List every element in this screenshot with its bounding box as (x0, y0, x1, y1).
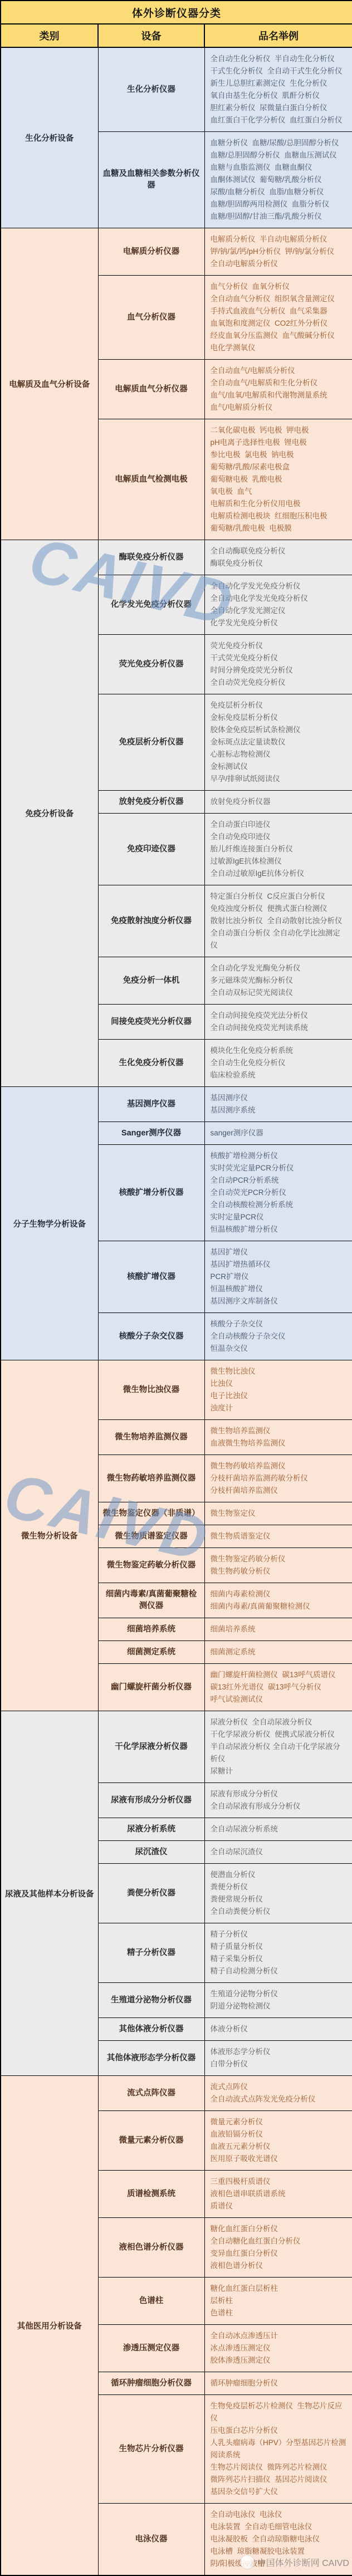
column-header-device: 设备 (98, 24, 204, 47)
device-cell: 化学发光免疫分析仪器 (98, 575, 204, 635)
product-line: 恒温杂交仪 (211, 1343, 347, 1355)
product-line: 全自动双标记荧光阅读仪 (211, 987, 347, 999)
product-examples-cell: 微生物质谱鉴定仪 (204, 1525, 352, 1548)
product-line: 糖化血红蛋白层析柱 (211, 2283, 347, 2295)
product-line: 电解质检测电极块 红细胞压积电极 (211, 510, 347, 522)
product-line: 液相色谱分析仪 (211, 2260, 347, 2272)
device-cell: 免疫层析分析仪器 (98, 694, 204, 791)
product-line: 浊度计 (211, 1402, 347, 1414)
product-line: 细菌内毒素检测仪 (211, 1588, 347, 1600)
device-cell: 流式点阵仪器 (98, 2076, 204, 2111)
product-line: 全自动粪便分析仪 (211, 1906, 347, 1918)
table-row: 分子生物学分析设备基因测序仪器基因测序仪基因测序系统 (1, 1087, 352, 1122)
device-cell: 电解质血气分析仪器 (98, 360, 204, 419)
product-line: 氧自由基生化分析仪 肌酐分析仪 (211, 90, 347, 102)
product-examples-cell: 微生物鉴定仪 (204, 1502, 352, 1525)
product-line: 全自动冰点渗透压计 (211, 2330, 347, 2342)
product-examples-cell: 模块化生化免疫分析系统全自动生化免疫分析仪临床检验系统 (204, 1040, 352, 1087)
product-line: 循环肿瘤细胞分析仪 (211, 2377, 347, 2389)
product-line: 血糖分析仪 血糖/尿酸/总胆固醇分析仪 (211, 137, 347, 149)
product-line: 微阵列芯片扫描仪 基因芯片阅读仪 (211, 2474, 347, 2486)
product-line: 放射免疫分析仪器 (211, 796, 347, 808)
device-cell: 核酸扩增仪器 (98, 1241, 204, 1313)
product-line: 细菌内毒素/真菌葡聚糖检测仪 (211, 1600, 347, 1613)
product-line: 血液五元素分析仪 (211, 2141, 347, 2153)
product-line: 分枝杆菌培养监测药敏分析仪 (211, 1472, 347, 1485)
product-line: 医用原子吸收光谱仪 (211, 2153, 347, 2165)
device-cell: 基因测序仪器 (98, 1087, 204, 1122)
product-line: 压电蛋白芯片分析仪 (211, 2425, 347, 2437)
product-line: 微生物药敏培养监测仪 (211, 1460, 347, 1472)
product-line: 葡萄糖/乳酸/尿素电极盒 (211, 461, 347, 473)
product-examples-cell: 微生物药敏培养监测仪分枝杆菌培养监测药敏分析仪分枝杆菌培养监测仪 (204, 1455, 352, 1502)
product-line: 三重四极杆质谱仪 (211, 2176, 347, 2188)
product-line: 全自动核酸分子杂交仪 (211, 1330, 347, 1343)
product-line: 心脏标志物检测仪 (211, 748, 347, 761)
product-line: 全自动血气/电解质和生化分析仪 (211, 377, 347, 389)
product-line: 早孕/排卵试纸阅读仪 (211, 773, 347, 785)
title-row: 体外诊断仪器分类 (1, 1, 352, 24)
device-cell: 荧光免疫分析仪器 (98, 635, 204, 694)
product-examples-cell: 生物免疫层析芯片检测仪 生物芯片反应仪压电蛋白芯片分析仪人乳头瘤病毒（HPV）分… (204, 2395, 352, 2504)
product-line: 葡萄糖/乳酸电极 电极膜 (211, 522, 347, 535)
product-line: 层析柱 (211, 2295, 347, 2307)
product-line: 血酮体测试仪 葡萄糖/乳酸分析仪 (211, 174, 347, 186)
product-line: 全自动生化分析仪 半自动生化分析仪 (211, 53, 347, 65)
product-line: 血液微生物培养监测仪 (211, 1437, 347, 1449)
device-cell: 酶联免疫分析仪器 (98, 540, 204, 575)
product-line: 全自动PCR分析系统 (211, 1174, 347, 1187)
product-line: 流式点阵仪 (211, 2081, 347, 2093)
product-line: 电子比浊仪 (211, 1390, 347, 1402)
product-line: 全自动电泳仪 电泳仪 (211, 2509, 347, 2521)
ivd-classification-page: 体外诊断仪器分类 类别 设备 品名举例 生化分析设备生化分析仪器全自动生化分析仪… (0, 0, 352, 2576)
product-line: 干式生化分析仪 全自动干式生化分析仪 (211, 65, 347, 77)
device-cell: 细菌测定系统 (98, 1641, 204, 1664)
product-line: 电泳槽 琼脂糖凝胶电泳装置 (211, 2545, 347, 2558)
product-line: 金标免疫层析分析仪 (211, 712, 347, 724)
product-line: 新生儿总胆红素测定仪 生化分析仪 (211, 77, 347, 90)
device-cell: 生物芯片分析仪器 (98, 2395, 204, 2504)
product-line: 全自动间接免疫荧光判读系统 (211, 1022, 347, 1034)
category-cell: 分子生物学分析设备 (1, 1087, 98, 1360)
device-cell: 微生物鉴定仪器（非质谱） (98, 1502, 204, 1525)
product-examples-cell: 幽门螺旋杆菌检测仪 碳13呼气质谱仪碳13红外光谱仪 碳13呼气分析仪呼气试验测… (204, 1664, 352, 1711)
product-line: 全自动流式点阵发光免疫分析仪 (211, 2093, 347, 2105)
product-line: 化学发光免疫分析仪 (211, 617, 347, 629)
product-line: 液相色谱串联质谱系统 (211, 2188, 347, 2200)
table-row: 尿液及其他样本分析设备干化学尿液分析仪器尿液分析仪 全自动尿液分析仪干化学尿液分… (1, 1711, 352, 1783)
product-line: 微量元素分析仪 (211, 2116, 347, 2128)
device-cell: 精子分析仪器 (98, 1923, 204, 1983)
device-cell: 微生物质谱鉴定仪器 (98, 1525, 204, 1548)
product-line: 血糖/胆固醇/甘油三酯/乳酸分析仪 (211, 210, 347, 223)
device-cell: 尿液有形成分分析仪器 (98, 1783, 204, 1818)
product-examples-cell: 基因扩增仪基因扩增热循环仪PCR扩增仪恒温核酸扩增仪基因测序文库制备仪 (204, 1241, 352, 1313)
product-line: 变异血红蛋白分析仪 (211, 2247, 347, 2260)
device-cell: 细菌内毒素/真菌葡聚糖检测仪器 (98, 1583, 204, 1618)
product-line: 粪便分析仪 (211, 1881, 347, 1893)
product-line: 电泳凝胶板 全自动琼脂糖电泳仪 (211, 2533, 347, 2545)
product-line: 恒温核酸扩增分析仪 (211, 1223, 347, 1236)
product-line: 核酸分子杂交仪 (211, 1318, 347, 1330)
product-examples-cell: 全自动冰点渗透压计冰点渗透压测定仪胶体渗透压测定仪 (204, 2325, 352, 2372)
product-line: 基因扩增仪 (211, 1246, 347, 1258)
product-examples-cell: 放射免疫分析仪器 (204, 791, 352, 814)
device-cell: 粪便分析仪器 (98, 1864, 204, 1923)
product-line: 全自动电解质分析仪 (211, 258, 347, 270)
product-line: 胶体渗透压测定仪 (211, 2354, 347, 2367)
product-examples-cell: 流式点阵仪全自动流式点阵发光免疫分析仪 (204, 2076, 352, 2111)
device-cell: 放射免疫分析仪器 (98, 791, 204, 814)
product-line: 全自动酶联免疫分析仪 (211, 545, 347, 557)
product-line: 临床检验系统 (211, 1069, 347, 1081)
product-line: 金标斑点法定量读数仪 (211, 736, 347, 748)
product-line: 全自动免疫印迹仪 (211, 831, 347, 843)
product-examples-cell: 糖化血红蛋白层析柱层析柱色谱柱 (204, 2278, 352, 2325)
device-cell: Sanger测序仪器 (98, 1122, 204, 1145)
product-line: 实时荧光定量PCR分析仪 (211, 1162, 347, 1174)
product-line: 微生物比浊仪 (211, 1365, 347, 1378)
product-line: 血气分析仪 血氧分析仪 (211, 281, 347, 293)
product-line: 呼气试验测试仪 (211, 1693, 347, 1706)
category-cell: 微生物分析设备 (1, 1360, 98, 1711)
product-examples-cell: sanger测序仪器 (204, 1122, 352, 1145)
product-line: 碳13红外光谱仪 碳13呼气分析仪 (211, 1681, 347, 1693)
device-cell: 尿沉渣仪 (98, 1841, 204, 1864)
category-cell: 尿液及其他样本分析设备 (1, 1711, 98, 2076)
product-line: 全自动尿液有形成分分析仪 (211, 1800, 347, 1813)
product-examples-cell: 全自动间接免疫荧光法分析仪全自动间接免疫荧光判读系统 (204, 1005, 352, 1040)
device-cell: 电解质分析仪器 (98, 228, 204, 276)
device-cell: 微生物鉴定药敏分析仪器 (98, 1548, 204, 1583)
product-examples-cell: 便潜血分析仪粪便分析仪粪便常规分析仪全自动粪便分析仪 (204, 1864, 352, 1923)
product-line: 全自动蛋白分析仪 全自动化学比浊测定仪 (211, 927, 347, 952)
category-cell: 电解质及血气分析设备 (1, 228, 98, 540)
product-examples-cell: 核酸分子杂交仪全自动核酸分子杂交仪恒温杂交仪 (204, 1313, 352, 1360)
product-line: 过敏源IgE抗体检测仪 (211, 855, 347, 868)
column-header-category: 类别 (1, 24, 98, 47)
column-header-examples: 品名举例 (204, 24, 352, 47)
product-line: 血糖/总胆固醇分析仪 血糖血压测试仪 (211, 149, 347, 161)
product-line: 精子采集分析仪 (211, 1953, 347, 1965)
product-examples-cell: 全自动电泳仪 电泳仪电泳装置 全自动毛细管电泳仪电泳凝胶板 全自动琼脂糖电泳仪电… (204, 2504, 352, 2576)
product-examples-cell: 糖化血红蛋白分析仪全自动糖化血红蛋白分析仪变异血红蛋白分析仪液相色谱分析仪 (204, 2218, 352, 2278)
product-examples-cell: 血糖分析仪 血糖/尿酸/总胆固醇分析仪血糖/总胆固醇分析仪 血糖血压测试仪血糖与… (204, 132, 352, 228)
product-line: 基因测序仪 (211, 1092, 347, 1104)
product-line: 生物免疫层析芯片检测仪 生物芯片反应仪 (211, 2400, 347, 2425)
product-line: 微生物药敏分析仪 (211, 1565, 347, 1578)
product-line: 尿液分析仪 全自动尿液分析仪 (211, 1716, 347, 1728)
product-line: 荧光免疫分析仪 (211, 640, 347, 652)
product-line: 生殖道分泌物分析仪 (211, 1988, 347, 2000)
category-cell: 生化分析设备 (1, 47, 98, 228)
product-line: 钾/钠/氯/钙/pH分析仪 钾/钠/氯分析仪 (211, 246, 347, 258)
product-line: 幽门螺旋杆菌检测仪 碳13呼气质谱仪 (211, 1669, 347, 1681)
product-line: 多元磁珠荧光酶标分析仪 (211, 974, 347, 987)
product-line: 散射比浊分析仪 全自动散射比浊分析仪 (211, 915, 347, 927)
product-examples-cell: 电解质分析仪 半自动电解质分析仪钾/钠/氯/钙/pH分析仪 钾/钠/氯分析仪全自… (204, 228, 352, 276)
device-cell: 核酸扩增分析仪器 (98, 1145, 204, 1241)
product-line: 全自动糖化血红蛋白分析仪 (211, 2235, 347, 2247)
product-line: 阴道分泌物检测仪 (211, 2000, 347, 2012)
device-cell: 色谱柱 (98, 2278, 204, 2325)
product-line: pH电离子选择性电极 锂电极 (211, 437, 347, 449)
product-line: 胎儿纤维连接蛋白分析仪 (211, 843, 347, 855)
product-examples-cell: 细菌培养系统 (204, 1618, 352, 1641)
device-cell: 生殖道分泌物分析仪器 (98, 1983, 204, 2018)
product-line: 全自动电化学发光免疫分析仪 (211, 592, 347, 605)
product-line: 精子质量分析仪 (211, 1941, 347, 1953)
product-line: 全自动生化免疫分析仪 (211, 1057, 347, 1069)
product-examples-cell: 微生物比浊仪比浊仪电子比浊仪浊度计 (204, 1360, 352, 1420)
device-cell: 间接免疫荧光分析仪器 (98, 1005, 204, 1040)
product-line: 电泳装置 全自动毛细管电泳仪 (211, 2521, 347, 2533)
product-line: 血氧饱和度测定仪 CO2红外分析仪 (211, 317, 347, 330)
table-row: 微生物分析设备微生物比浊仪器微生物比浊仪比浊仪电子比浊仪浊度计 (1, 1360, 352, 1420)
product-line: 胶体金免疫层析试条检测仪 (211, 724, 347, 736)
product-line: 全自动荧光免疫分析仪 (211, 677, 347, 689)
device-cell: 幽门螺旋杆菌分析仪器 (98, 1664, 204, 1711)
product-line: 体液分析仪 (211, 2023, 347, 2035)
device-cell: 微生物药敏培养监测仪器 (98, 1455, 204, 1502)
product-line: 糖化血红蛋白分析仪 (211, 2223, 347, 2235)
product-line: 血糖与血脂监测仪 血糖血酮仪 (211, 161, 347, 174)
product-line: 胆红素分析仪 尿微量白蛋白分析仪 (211, 102, 347, 114)
product-examples-cell: 三重四极杆质谱仪液相色谱串联质谱系统质谱仪 (204, 2171, 352, 2218)
device-cell: 液相色谱分析仪器 (98, 2218, 204, 2278)
product-line: 基因杂交信号扩大仪 (211, 2486, 347, 2498)
device-cell: 免疫分析一体机 (98, 957, 204, 1005)
device-cell: 其他体液形态学分析仪器 (98, 2041, 204, 2076)
product-line: 模块化生化免疫分析系统 (211, 1045, 347, 1057)
device-cell: 干化学尿液分析仪器 (98, 1711, 204, 1783)
product-line: 体液形态学分析仪 (211, 2046, 347, 2058)
product-examples-cell: 血气分析仪 血氧分析仪全自动血气分析仪 组织氧含量测定仪手持式血液血气分析仪 血… (204, 276, 352, 360)
product-line: 血红蛋白干化学分析仪 血红蛋白分析仪 (211, 114, 347, 126)
device-cell: 电解质血气检测电极 (98, 419, 204, 540)
table-title: 体外诊断仪器分类 (1, 1, 352, 24)
product-line: 生物芯片阅读仪 微阵列芯片检测仪 (211, 2461, 347, 2474)
device-cell: 电泳仪器 (98, 2504, 204, 2576)
product-line: 尿液有形成分分析仪 (211, 1788, 347, 1800)
product-line: 全自动过敏原IgE抗体分析仪 (211, 868, 347, 880)
product-line: 全自动尿沉渣仪 (211, 1846, 347, 1858)
product-examples-cell: 细菌测定系统 (204, 1641, 352, 1664)
product-line: 血糖/胆固醇两用检测仪 血脂分析仪 (211, 198, 347, 210)
product-line: 精子自动检测分析仪 (211, 1965, 347, 1977)
product-line: 微生物鉴定药敏分析仪 (211, 1553, 347, 1565)
product-line: 免疫层析分析仪 (211, 699, 347, 712)
product-line: 细菌测定系统 (211, 1646, 347, 1658)
product-line: 电解质分析仪 半自动电解质分析仪 (211, 233, 347, 246)
product-examples-cell: 免疫层析分析仪金标免疫层析分析仪胶体金免疫层析试条检测仪金标斑点法定量读数仪心脏… (204, 694, 352, 791)
product-examples-cell: 二氧化碳电极 钙电极 钾电极pH电离子选择性电极 锂电极参比电极 氯电极 钠电极… (204, 419, 352, 540)
product-line: 尿糖计 (211, 1765, 347, 1777)
device-cell: 其他体液分析仪器 (98, 2018, 204, 2041)
table-row: 免疫分析设备酶联免疫分析仪器全自动酶联免疫分析仪酶联免疫分析仪 (1, 540, 352, 575)
product-line: 酶联免疫分析仪 (211, 557, 347, 570)
product-line: 手持式血液血气分析仪 血气采集器 (211, 305, 347, 317)
product-examples-cell: 基因测序仪基因测序系统 (204, 1087, 352, 1122)
product-line: 血气/电解质分析仪 (211, 401, 347, 414)
product-line: 全自动荧光PCR分析仪 (211, 1187, 347, 1199)
product-line: 参比电极 氯电极 钠电极 (211, 449, 347, 461)
product-examples-cell: 全自动酶联免疫分析仪酶联免疫分析仪 (204, 540, 352, 575)
product-line: 全自动血气分析仪 组织氧含量测定仪 (211, 293, 347, 305)
product-line: 干化学尿液分析仪 便携式尿液分析仪 (211, 1728, 347, 1741)
device-cell: 免疫散射浊度分析仪器 (98, 885, 204, 957)
product-line: 全自动化学发光免疫分析仪 (211, 580, 347, 592)
device-cell: 渗透压测定仪器 (98, 2325, 204, 2372)
product-line: 色谱柱 (211, 2307, 347, 2319)
product-line: 基因测序文库制备仪 (211, 1295, 347, 1307)
category-cell: 其他医用分析设备 (1, 2076, 98, 2576)
device-cell: 血气分析仪器 (98, 276, 204, 360)
device-cell: 质谱检测系统 (98, 2171, 204, 2218)
product-line: 金标测试仪 (211, 761, 347, 773)
product-examples-cell: 全自动尿沉渣仪 (204, 1841, 352, 1864)
product-line: 实时定量PCR仪 (211, 1211, 347, 1223)
product-examples-cell: 微生物鉴定药敏分析仪微生物药敏分析仪 (204, 1548, 352, 1583)
product-examples-cell: 尿液有形成分分析仪全自动尿液有形成分分析仪 (204, 1783, 352, 1818)
product-line: 全自动蛋白印迹仪 (211, 819, 347, 831)
device-cell: 生化分析仪器 (98, 47, 204, 132)
product-line: 比浊仪 (211, 1378, 347, 1390)
product-line: 全自动核酸检测分析系统 (211, 1199, 347, 1211)
product-examples-cell: 微生物培养监测仪血液微生物培养监测仪 (204, 1420, 352, 1455)
product-line: 冰点渗透压测定仪 (211, 2342, 347, 2354)
device-cell: 细菌培养系统 (98, 1618, 204, 1641)
product-line: 便潜血分析仪 (211, 1869, 347, 1881)
product-line: PCR扩增仪 (211, 1271, 347, 1283)
category-cell: 免疫分析设备 (1, 540, 98, 1087)
product-line: 尿酸/血糖分析仪 血脂/血糖分析仪 (211, 186, 347, 198)
product-line: 全自动血气/电解质分析仪 (211, 365, 347, 377)
product-line: 葡萄糖电极 乳酸电极 (211, 473, 347, 486)
product-line: 电化学测氧仪 (211, 342, 347, 354)
product-examples-cell: 核酸扩增检测分析仪实时荧光定量PCR分析仪全自动PCR分析系统全自动荧光PCR分… (204, 1145, 352, 1241)
product-examples-cell: 全自动化学发光酶免分析仪多元磁珠荧光酶标分析仪全自动双标记荧光阅读仪 (204, 957, 352, 1005)
table-row: 其他医用分析设备流式点阵仪器流式点阵仪全自动流式点阵发光免疫分析仪 (1, 2076, 352, 2111)
product-examples-cell: 生殖道分泌物分析仪阴道分泌物检测仪 (204, 1983, 352, 2018)
table-row: 电解质及血气分析设备电解质分析仪器电解质分析仪 半自动电解质分析仪钾/钠/氯/钙… (1, 228, 352, 276)
product-line: 血气/血氧/电解质和代谢物测量系统 (211, 389, 347, 401)
product-examples-cell: 精子分析仪精子质量分析仪精子采集分析仪精子自动检测分析仪 (204, 1923, 352, 1983)
product-examples-cell: 全自动生化分析仪 半自动生化分析仪干式生化分析仪 全自动干式生化分析仪新生儿总胆… (204, 47, 352, 132)
product-examples-cell: 循环肿瘤细胞分析仪 (204, 2372, 352, 2395)
product-line: 时间分辨免疫荧光分析仪 (211, 664, 347, 677)
product-line: 粪便常规分析仪 (211, 1893, 347, 1906)
product-examples-cell: 特定蛋白分析仪 C反应蛋白分析仪免疫浊度分析仪 便携式蛋白检测仪散射比浊分析仪 … (204, 885, 352, 957)
product-line: 电解质和生化分析仪用电极 (211, 498, 347, 510)
product-examples-cell: 尿液分析仪 全自动尿液分析仪干化学尿液分析仪 便携式尿液分析仪半自动尿液分析仪 … (204, 1711, 352, 1783)
device-cell: 微量元素分析仪器 (98, 2111, 204, 2171)
device-cell: 循环肿瘤细胞分析仪器 (98, 2372, 204, 2395)
product-line: 免疫浊度分析仪 便携式蛋白检测仪 (211, 903, 347, 915)
product-line: 全自动尿液分析系统 (211, 1823, 347, 1835)
product-line: 人乳头瘤病毒（HPV）分型基因芯片检测阅读系统 (211, 2437, 347, 2461)
product-examples-cell: 细菌内毒素检测仪细菌内毒素/真菌葡聚糖检测仪 (204, 1583, 352, 1618)
device-cell: 核酸分子杂交仪器 (98, 1313, 204, 1360)
product-line: 氧电极 血气 (211, 486, 347, 498)
product-line: 阴/阳极缓冲液槽 (211, 2558, 347, 2570)
product-line: 基因扩增热循环仪 (211, 1258, 347, 1271)
ivd-classification-table: 体外诊断仪器分类 类别 设备 品名举例 生化分析设备生化分析仪器全自动生化分析仪… (0, 0, 352, 2576)
product-line: 干式荧光免疫分析仪 (211, 652, 347, 664)
product-line: 全自动化学发光酶免分析仪 (211, 962, 347, 974)
product-line: 血液铅镉分析仪 (211, 2128, 347, 2141)
product-examples-cell: 体液分析仪 (204, 2018, 352, 2041)
product-line: 微生物质谱鉴定仪 (211, 1530, 347, 1542)
product-examples-cell: 全自动化学发光免疫分析仪全自动电化学发光免疫分析仪全自动化学发光测定仪化学发光免… (204, 575, 352, 635)
product-line: 白带分析仪 (211, 2058, 347, 2070)
device-cell: 生化免疫分析仪器 (98, 1040, 204, 1087)
device-cell: 血糖及血糖相关参数分析仪器 (98, 132, 204, 228)
device-cell: 微生物培养监测仪器 (98, 1420, 204, 1455)
product-line: 特定蛋白分析仪 C反应蛋白分析仪 (211, 890, 347, 903)
product-line: 全自动化学发光测定仪 (211, 605, 347, 617)
product-examples-cell: 微量元素分析仪血液铅镉分析仪血液五元素分析仪医用原子吸收光谱仪 (204, 2111, 352, 2171)
table-row: 生化分析设备生化分析仪器全自动生化分析仪 半自动生化分析仪干式生化分析仪 全自动… (1, 47, 352, 132)
device-cell: 微生物比浊仪器 (98, 1360, 204, 1420)
device-cell: 免疫印迹仪器 (98, 814, 204, 885)
product-line: 二氧化碳电极 钙电极 钾电极 (211, 424, 347, 437)
product-line: 经皮血氧分压监测仪 血气酸碱分析仪 (211, 330, 347, 342)
product-line: 基因测序系统 (211, 1104, 347, 1116)
product-line: 精子分析仪 (211, 1928, 347, 1941)
product-examples-cell: 体液形态学分析仪白带分析仪 (204, 2041, 352, 2076)
product-line: 半自动尿液分析仪 全自动干化学尿液分析仪 (211, 1741, 347, 1765)
product-examples-cell: 全自动蛋白印迹仪全自动免疫印迹仪胎儿纤维连接蛋白分析仪过敏源IgE抗体检测仪全自… (204, 814, 352, 885)
product-examples-cell: 荧光免疫分析仪干式荧光免疫分析仪时间分辨免疫荧光分析仪全自动荧光免疫分析仪 (204, 635, 352, 694)
product-line: 核酸扩增检测分析仪 (211, 1150, 347, 1162)
product-line: 微生物培养监测仪 (211, 1425, 347, 1437)
product-line: 微生物鉴定仪 (211, 1507, 347, 1520)
product-line: sanger测序仪器 (211, 1127, 347, 1139)
product-examples-cell: 全自动血气/电解质分析仪全自动血气/电解质和生化分析仪血气/血氧/电解质和代谢物… (204, 360, 352, 419)
device-cell: 尿液分析系统 (98, 1818, 204, 1841)
column-header-row: 类别 设备 品名举例 (1, 24, 352, 47)
product-examples-cell: 全自动尿液分析系统 (204, 1818, 352, 1841)
product-line: 恒温核酸扩增仪 (211, 1283, 347, 1295)
product-line: 细菌培养系统 (211, 1623, 347, 1635)
product-line: 质谱仪 (211, 2200, 347, 2212)
product-line: 全自动间接免疫荧光法分析仪 (211, 1010, 347, 1022)
product-line: 分枝杆菌培养监测仪 (211, 1485, 347, 1497)
